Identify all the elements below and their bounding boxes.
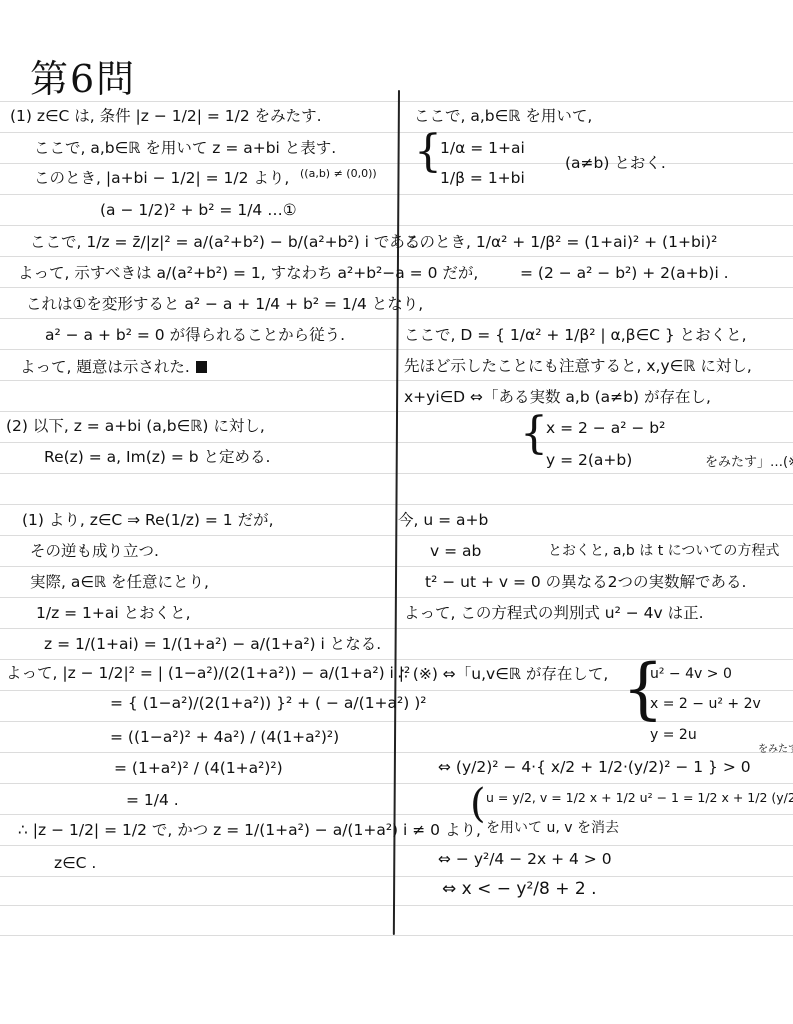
part1-line-2: ここで, a,b∈ℝ を用いて z = a+bi と表す. xyxy=(34,138,336,158)
rule-line xyxy=(0,814,793,815)
converse-line-4: 1/z = 1+ai とおくと, xyxy=(36,603,191,623)
uv-line-2: v = ab xyxy=(430,541,481,561)
part1-equation-1: (a − 1/2)² + b² = 1/4 …① xyxy=(100,200,297,220)
equiv-line-8: ⇔ − y²/4 − 2x + 4 > 0 xyxy=(438,849,612,869)
equiv-line-1: ∴ (※) ⇔「u,v∈ℝ が存在して, xyxy=(398,664,608,684)
left-brace-icon: ( xyxy=(470,782,486,826)
converse-line-7: = { (1−a²)/(2(1+a²)) }² + ( − a/(1+a²) )… xyxy=(110,693,427,713)
sum-line-2: = (2 − a² − b²) + 2(a+b)i . xyxy=(520,263,729,283)
part1-line-6: よって, 示すべきは a/(a²+b²) = 1, すなわち a²+b²−a =… xyxy=(18,263,478,283)
qed-mark-icon xyxy=(196,361,207,373)
part1-line-8: a² − a + b² = 0 が得られることから従う. xyxy=(45,325,345,345)
converse-line-9: = (1+a²)² / (4(1+a²)²) xyxy=(114,758,283,778)
uv-line-1: 今, u = a+b xyxy=(398,510,488,530)
part2-line-2: Re(z) = a, Im(z) = b と定める. xyxy=(44,447,270,467)
uv-line-4: t² − ut + v = 0 の異なる2つの実数解である. xyxy=(425,572,746,592)
left-brace-icon: { xyxy=(520,412,548,456)
set-d-line-1: ここで, D = { 1/α² + 1/β² | α,β∈C } とおくと, xyxy=(404,325,747,345)
left-brace-icon: { xyxy=(414,130,442,174)
rule-line xyxy=(0,690,793,691)
rule-line xyxy=(0,845,793,846)
uv-line-3: とおくと, a,b は t についての方程式 xyxy=(548,541,779,561)
rule-line xyxy=(0,935,793,936)
set-d-label: をみたす」…(※) xyxy=(705,453,793,473)
part1-line-5: ここで, 1/z = z̄/|z|² = a/(a²+b²) − b/(a²+b… xyxy=(30,232,425,252)
setup-beta: 1/β = 1+bi xyxy=(440,168,525,188)
set-d-line-3: x+yi∈D ⇔「ある実数 a,b (a≠b) が存在し, xyxy=(404,387,711,407)
rule-line xyxy=(0,783,793,784)
part1-line-1: (1) z∈C は, 条件 |z − 1/2| = 1/2 をみたす. xyxy=(10,106,322,126)
page-title: 第6問 xyxy=(30,48,136,103)
set-d-line-2: 先ほど示したことにも注意すると, x,y∈ℝ に対し, xyxy=(404,356,752,376)
sum-line-1: このとき, 1/α² + 1/β² = (1+ai)² + (1+bi)² xyxy=(404,232,717,252)
equiv-note-2: を用いて u, v を消去 xyxy=(486,818,619,838)
converse-line-2: その逆も成り立つ. xyxy=(30,541,159,561)
set-d-x: x = 2 − a² − b² xyxy=(546,418,665,438)
equiv-cond-2: x = 2 − u² + 2v xyxy=(650,694,761,714)
converse-line-12: z∈C . xyxy=(54,853,96,873)
part1-note: ((a,b) ≠ (0,0)) xyxy=(300,164,377,184)
equiv-final: ⇔ x < − y²/8 + 2 . xyxy=(442,879,597,899)
rule-line xyxy=(0,163,793,164)
rule-line xyxy=(0,132,793,133)
uv-line-5: よって, この方程式の判別式 u² − 4v は正. xyxy=(404,603,704,623)
equiv-cond-label: をみたす」 xyxy=(758,740,793,760)
equiv-note-1: u = y/2, v = 1/2 x + 1/2 u² − 1 = 1/2 x … xyxy=(486,788,793,808)
part1-line-3: このとき, |a+bi − 1/2| = 1/2 より, xyxy=(34,168,289,188)
converse-line-5: z = 1/(1+ai) = 1/(1+a²) − a/(1+a²) i となる… xyxy=(44,634,381,654)
rule-line xyxy=(0,876,793,877)
rule-line xyxy=(0,905,793,906)
part2-line-1: (2) 以下, z = a+bi (a,b∈ℝ) に対し, xyxy=(6,416,265,436)
part1-conclusion: よって, 題意は示された. xyxy=(20,357,207,377)
equiv-cond-3: y = 2u xyxy=(650,725,697,745)
part1-conclusion-text: よって, 題意は示された. xyxy=(20,358,190,376)
equiv-line-5: ⇔ (y/2)² − 4·{ x/2 + 1/2·(y/2)² − 1 } > … xyxy=(438,757,751,777)
converse-line-6: よって, |z − 1/2|² = | (1−a²)/(2(1+a²)) − a… xyxy=(6,663,410,683)
converse-line-3: 実際, a∈ℝ を任意にとり, xyxy=(30,572,209,592)
rule-line xyxy=(0,752,793,753)
converse-line-10: = 1/4 . xyxy=(126,790,179,810)
setup-line-1: ここで, a,b∈ℝ を用いて, xyxy=(414,106,592,126)
setup-condition: (a≠b) とおく. xyxy=(565,153,666,173)
converse-line-8: = ((1−a²)² + 4a²) / (4(1+a²)²) xyxy=(110,727,339,747)
equiv-cond-1: u² − 4v > 0 xyxy=(650,664,732,684)
converse-line-11: ∴ |z − 1/2| = 1/2 で, かつ z = 1/(1+a²) − a… xyxy=(18,820,481,840)
rule-line xyxy=(0,721,793,722)
converse-line-1: (1) より, z∈C ⇒ Re(1/z) = 1 だが, xyxy=(22,510,274,530)
part1-line-7: これは①を変形すると a² − a + 1/4 + b² = 1/4 となり, xyxy=(26,294,423,314)
set-d-y: y = 2(a+b) xyxy=(546,450,632,470)
setup-alpha: 1/α = 1+ai xyxy=(440,138,525,158)
